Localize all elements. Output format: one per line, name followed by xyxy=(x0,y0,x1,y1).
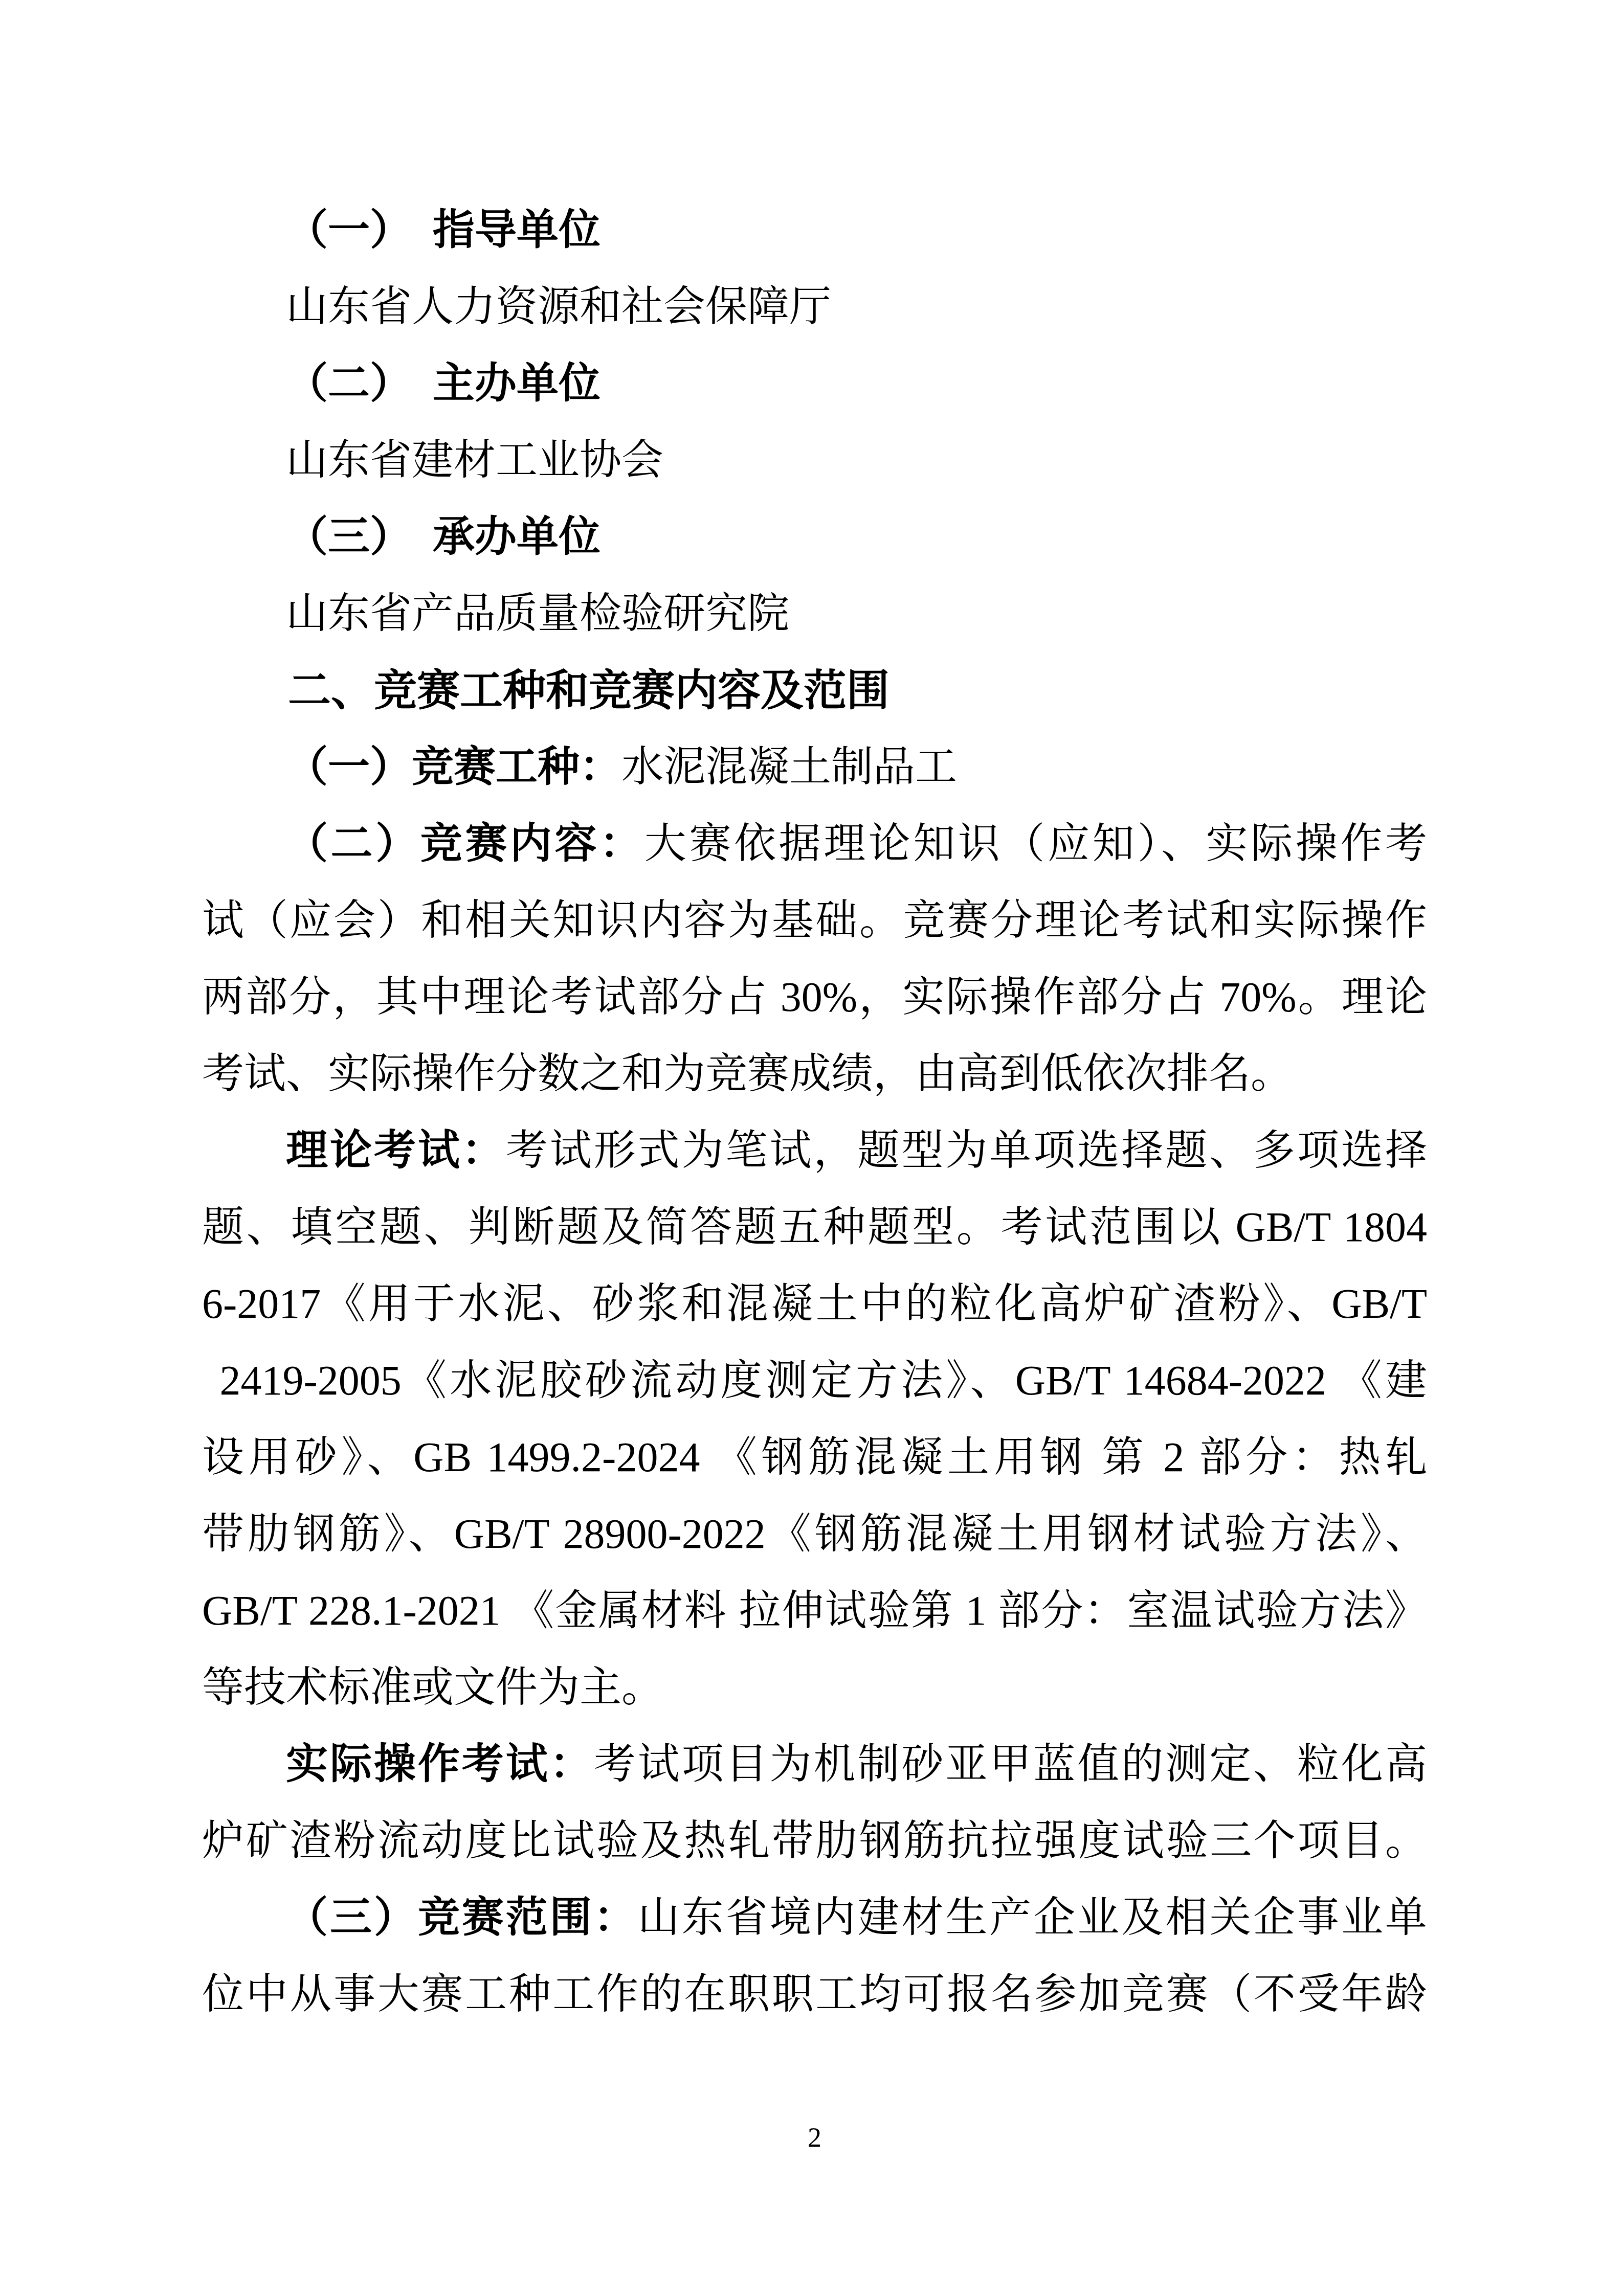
text-line: （二） 主办单位 xyxy=(202,345,1427,422)
text-line: 题、填空题、判断题及简答题五种题型。考试范围以 GB/T 1804 xyxy=(202,1189,1427,1266)
text-line: （一） 指导单位 xyxy=(202,192,1427,268)
text-line: 6-2017《用于水泥、砂浆和混凝土中的粒化高炉矿渣粉》、GB/T xyxy=(202,1266,1427,1342)
text-line: 2419-2005《水泥胶砂流动度测定方法》、GB/T 14684-2022 《… xyxy=(202,1342,1427,1419)
line-text: 6-2017《用于水泥、砂浆和混凝土中的粒化高炉矿渣粉》、GB/T xyxy=(202,1280,1427,1327)
line-lead-label: （二）竞赛内容： xyxy=(286,820,644,867)
text-line: 炉矿渣粉流动度比试验及热轧带肋钢筋抗拉强度试验三个项目。 xyxy=(202,1803,1427,1879)
line-text: 考试形式为笔试，题型为单项选择题、多项选择 xyxy=(506,1127,1427,1174)
text-line: 试（应会）和相关知识内容为基础。竞赛分理论考试和实际操作 xyxy=(202,882,1427,959)
line-lead-label: 实际操作考试： xyxy=(286,1741,594,1787)
line-lead-label: （一） 指导单位 xyxy=(286,207,600,253)
line-text: 试（应会）和相关知识内容为基础。竞赛分理论考试和实际操作 xyxy=(202,897,1427,943)
text-line: 等技术标准或文件为主。 xyxy=(202,1649,1427,1726)
text-line: （三） 承办单位 xyxy=(202,499,1427,575)
text-line: 位中从事大赛工种工作的在职职工均可报名参加竞赛（不受年龄 xyxy=(202,1956,1427,2033)
text-line: （一）竞赛工种：水泥混凝土制品工 xyxy=(202,729,1427,805)
line-text: 山东省人力资源和社会保障厅 xyxy=(286,283,831,330)
text-line: GB/T 228.1-2021 《金属材料 拉伸试验第 1 部分：室温试验方法》 xyxy=(202,1572,1427,1649)
line-text: 两部分，其中理论考试部分占 30%，实际操作部分占 70%。理论 xyxy=(202,974,1427,1020)
line-text: 等技术标准或文件为主。 xyxy=(202,1664,663,1710)
text-line: 设用砂》、GB 1499.2-2024 《钢筋混凝土用钢 第 2 部分：热轧 xyxy=(202,1419,1427,1496)
document-body: （一） 指导单位山东省人力资源和社会保障厅（二） 主办单位山东省建材工业协会（三… xyxy=(202,192,1427,2033)
text-line: 山东省建材工业协会 xyxy=(202,422,1427,499)
line-text: 山东省产品质量检验研究院 xyxy=(286,590,789,637)
line-lead-label: （三）竞赛范围： xyxy=(286,1894,638,1941)
text-line: 两部分，其中理论考试部分占 30%，实际操作部分占 70%。理论 xyxy=(202,959,1427,1036)
line-text: 考试、实际操作分数之和为竞赛成绩，由高到低依次排名。 xyxy=(202,1050,1293,1097)
line-text: 水泥混凝土制品工 xyxy=(621,744,957,790)
text-line: 山东省产品质量检验研究院 xyxy=(202,575,1427,652)
line-text: 山东省建材工业协会 xyxy=(286,437,663,483)
text-line: 理论考试：考试形式为笔试，题型为单项选择题、多项选择 xyxy=(202,1112,1427,1189)
page-number: 2 xyxy=(202,2114,1427,2160)
line-text: 2419-2005《水泥胶砂流动度测定方法》、GB/T 14684-2022 《… xyxy=(219,1357,1427,1404)
line-text: 炉矿渣粉流动度比试验及热轧带肋钢筋抗拉强度试验三个项目。 xyxy=(202,1817,1427,1864)
line-lead-label: （二） 主办单位 xyxy=(286,360,600,407)
line-text: 山东省境内建材生产企业及相关企事业单 xyxy=(638,1894,1427,1941)
text-line: （二）竞赛内容：大赛依据理论知识（应知）、实际操作考 xyxy=(202,805,1427,882)
text-line: 山东省人力资源和社会保障厅 xyxy=(202,268,1427,345)
line-text: GB/T 228.1-2021 《金属材料 拉伸试验第 1 部分：室温试验方法》 xyxy=(202,1587,1427,1634)
text-line: （三）竞赛范围：山东省境内建材生产企业及相关企事业单 xyxy=(202,1879,1427,1956)
line-text: 位中从事大赛工种工作的在职职工均可报名参加竞赛（不受年龄 xyxy=(202,1971,1427,2017)
line-lead-label: 理论考试： xyxy=(286,1127,506,1174)
line-text: 设用砂》、GB 1499.2-2024 《钢筋混凝土用钢 第 2 部分：热轧 xyxy=(202,1434,1427,1480)
text-line: 实际操作考试：考试项目为机制砂亚甲蓝值的测定、粒化高 xyxy=(202,1726,1427,1803)
text-line: 带肋钢筋》、GB/T 28900-2022《钢筋混凝土用钢材试验方法》、 xyxy=(202,1496,1427,1572)
line-text: 考试项目为机制砂亚甲蓝值的测定、粒化高 xyxy=(594,1741,1427,1787)
line-lead-label: （三） 承办单位 xyxy=(286,513,600,560)
line-text: 题、填空题、判断题及简答题五种题型。考试范围以 GB/T 1804 xyxy=(202,1204,1427,1250)
line-text: 二、竞赛工种和竞赛内容及范围 xyxy=(288,666,889,714)
line-lead-label: （一）竞赛工种： xyxy=(286,744,621,790)
text-line: 考试、实际操作分数之和为竞赛成绩，由高到低依次排名。 xyxy=(202,1036,1427,1112)
document-page: （一） 指导单位山东省人力资源和社会保障厅（二） 主办单位山东省建材工业协会（三… xyxy=(0,0,1624,2296)
text-line: 二、竞赛工种和竞赛内容及范围 xyxy=(202,652,1427,729)
line-text: 带肋钢筋》、GB/T 28900-2022《钢筋混凝土用钢材试验方法》、 xyxy=(202,1511,1427,1557)
line-text: 大赛依据理论知识（应知）、实际操作考 xyxy=(644,820,1427,867)
